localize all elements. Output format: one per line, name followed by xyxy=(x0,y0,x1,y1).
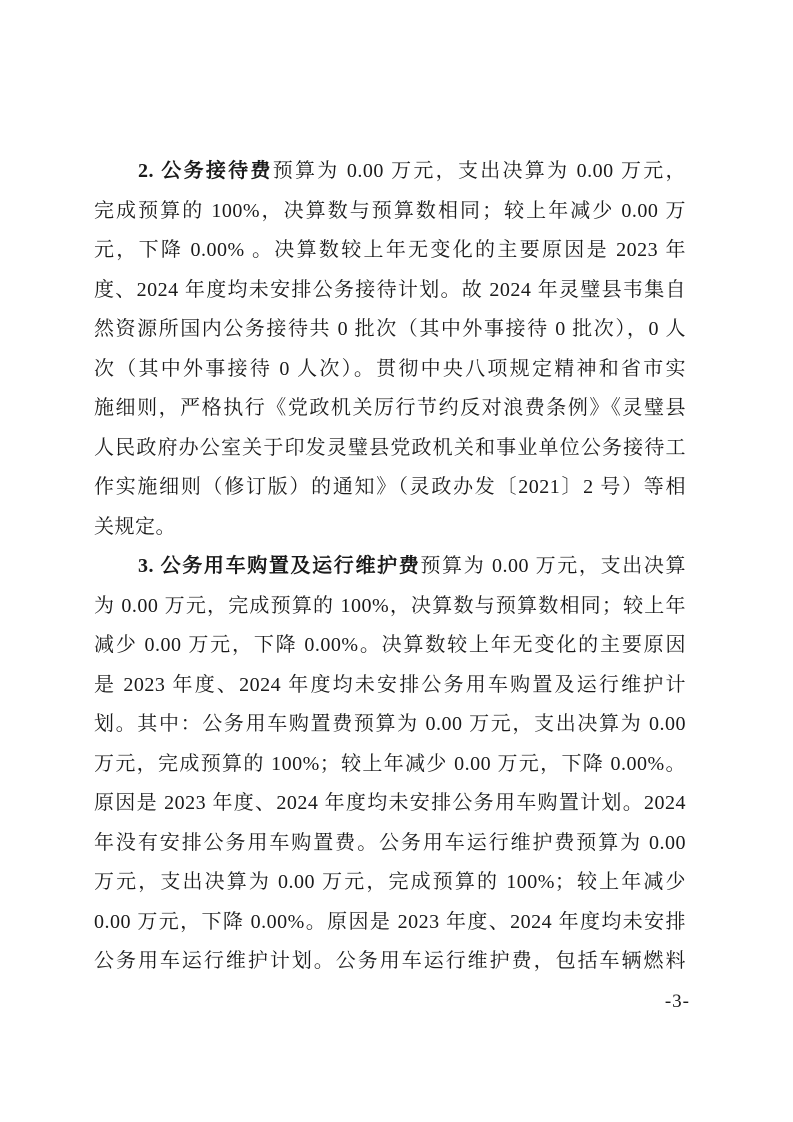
text-line: 原因是 2023 年度、2024 年度均未安排公务用车购置计划。2024 xyxy=(94,784,686,824)
text-line: 次（其中外事接待 0 人次）。贯彻中央八项规定精神和省市实 xyxy=(94,350,686,390)
text-segment: 人民政府办公室关于印发灵璧县党政机关和事业单位公务接待工 xyxy=(94,437,686,459)
text-line: 为 0.00 万元，完成预算的 100%，决算数与预算数相同；较上年 xyxy=(94,587,686,627)
text-line: 度、2024 年度均未安排公务接待计划。故 2024 年灵璧县韦集自 xyxy=(94,271,686,311)
text-line: 关规定。 xyxy=(94,508,686,548)
text-line: 施细则，严格执行《党政机关厉行节约反对浪费条例》《灵璧县 xyxy=(94,389,686,429)
text-segment: 公务用车运行维护计划。公务用车运行维护费，包括车辆燃料 xyxy=(94,950,686,972)
text-line: 元，下降 0.00% 。决算数较上年无变化的主要原因是 2023 年 xyxy=(94,231,686,271)
text-line: 是 2023 年度、2024 年度均未安排公务用车购置及运行维护计 xyxy=(94,666,686,706)
text-segment: 减少 0.00 万元，下降 0.00%。决算数较上年无变化的主要原因 xyxy=(94,634,686,656)
text-segment: 是 2023 年度、2024 年度均未安排公务用车购置及运行维护计 xyxy=(94,674,686,696)
text-segment: 次（其中外事接待 0 人次）。贯彻中央八项规定精神和省市实 xyxy=(94,358,686,380)
text-segment: 万元，支出决算为 0.00 万元，完成预算的 100%；较上年减少 xyxy=(94,871,686,893)
text-segment: 施细则，严格执行《党政机关厉行节约反对浪费条例》《灵璧县 xyxy=(94,397,686,419)
text-line: 人民政府办公室关于印发灵璧县党政机关和事业单位公务接待工 xyxy=(94,429,686,469)
text-segment: 关规定。 xyxy=(94,516,176,538)
para-official-reception-expense: 2. 公务接待费预算为 0.00 万元，支出决算为 0.00 万元，完成预算的 … xyxy=(94,152,686,547)
text-line: 年没有安排公务用车购置费。公务用车运行维护费预算为 0.00 xyxy=(94,824,686,864)
text-segment: 为 0.00 万元，完成预算的 100%，决算数与预算数相同；较上年 xyxy=(94,595,686,617)
section-heading: 3. 公务用车购置及运行维护费 xyxy=(138,555,420,577)
text-segment: 划。其中：公务用车购置费预算为 0.00 万元，支出决算为 0.00 xyxy=(94,713,686,735)
text-line: 2. 公务接待费预算为 0.00 万元，支出决算为 0.00 万元， xyxy=(94,152,686,192)
text-line: 划。其中：公务用车购置费预算为 0.00 万元，支出决算为 0.00 xyxy=(94,705,686,745)
body-text: 2. 公务接待费预算为 0.00 万元，支出决算为 0.00 万元，完成预算的 … xyxy=(94,152,686,982)
text-segment: 度、2024 年度均未安排公务接待计划。故 2024 年灵璧县韦集自 xyxy=(94,279,686,301)
text-line: 万元，完成预算的 100%；较上年减少 0.00 万元，下降 0.00%。 xyxy=(94,745,686,785)
text-line: 公务用车运行维护计划。公务用车运行维护费，包括车辆燃料 xyxy=(94,942,686,982)
text-segment: 然资源所国内公务接待共 0 批次（其中外事接待 0 批次），0 人 xyxy=(94,318,686,340)
text-line: 完成预算的 100%，决算数与预算数相同；较上年减少 0.00 万 xyxy=(94,192,686,232)
para-official-vehicle-expense: 3. 公务用车购置及运行维护费预算为 0.00 万元，支出决算为 0.00 万元… xyxy=(94,547,686,982)
text-line: 万元，支出决算为 0.00 万元，完成预算的 100%；较上年减少 xyxy=(94,863,686,903)
text-segment: 年没有安排公务用车购置费。公务用车运行维护费预算为 0.00 xyxy=(94,832,686,854)
document-page: 2. 公务接待费预算为 0.00 万元，支出决算为 0.00 万元，完成预算的 … xyxy=(0,0,793,1122)
text-segment: 预算为 0.00 万元，支出决算为 0.00 万元， xyxy=(273,160,686,182)
text-line: 3. 公务用车购置及运行维护费预算为 0.00 万元，支出决算 xyxy=(94,547,686,587)
text-segment: 原因是 2023 年度、2024 年度均未安排公务用车购置计划。2024 xyxy=(94,792,686,814)
text-line: 然资源所国内公务接待共 0 批次（其中外事接待 0 批次），0 人 xyxy=(94,310,686,350)
page-number: -3- xyxy=(665,991,690,1013)
text-line: 减少 0.00 万元，下降 0.00%。决算数较上年无变化的主要原因 xyxy=(94,626,686,666)
section-heading: 2. 公务接待费 xyxy=(138,160,273,182)
text-segment: 作实施细则（修订版）的通知》（灵政办发〔2021〕2 号）等相 xyxy=(94,476,686,498)
text-segment: 完成预算的 100%，决算数与预算数相同；较上年减少 0.00 万 xyxy=(94,200,686,222)
text-segment: 预算为 0.00 万元，支出决算 xyxy=(420,555,686,577)
text-segment: 0.00 万元，下降 0.00%。原因是 2023 年度、2024 年度均未安排 xyxy=(94,911,686,933)
text-segment: 万元，完成预算的 100%；较上年减少 0.00 万元，下降 0.00%。 xyxy=(94,753,686,775)
text-line: 0.00 万元，下降 0.00%。原因是 2023 年度、2024 年度均未安排 xyxy=(94,903,686,943)
text-segment: 元，下降 0.00% 。决算数较上年无变化的主要原因是 2023 年 xyxy=(94,239,686,261)
text-line: 作实施细则（修订版）的通知》（灵政办发〔2021〕2 号）等相 xyxy=(94,468,686,508)
